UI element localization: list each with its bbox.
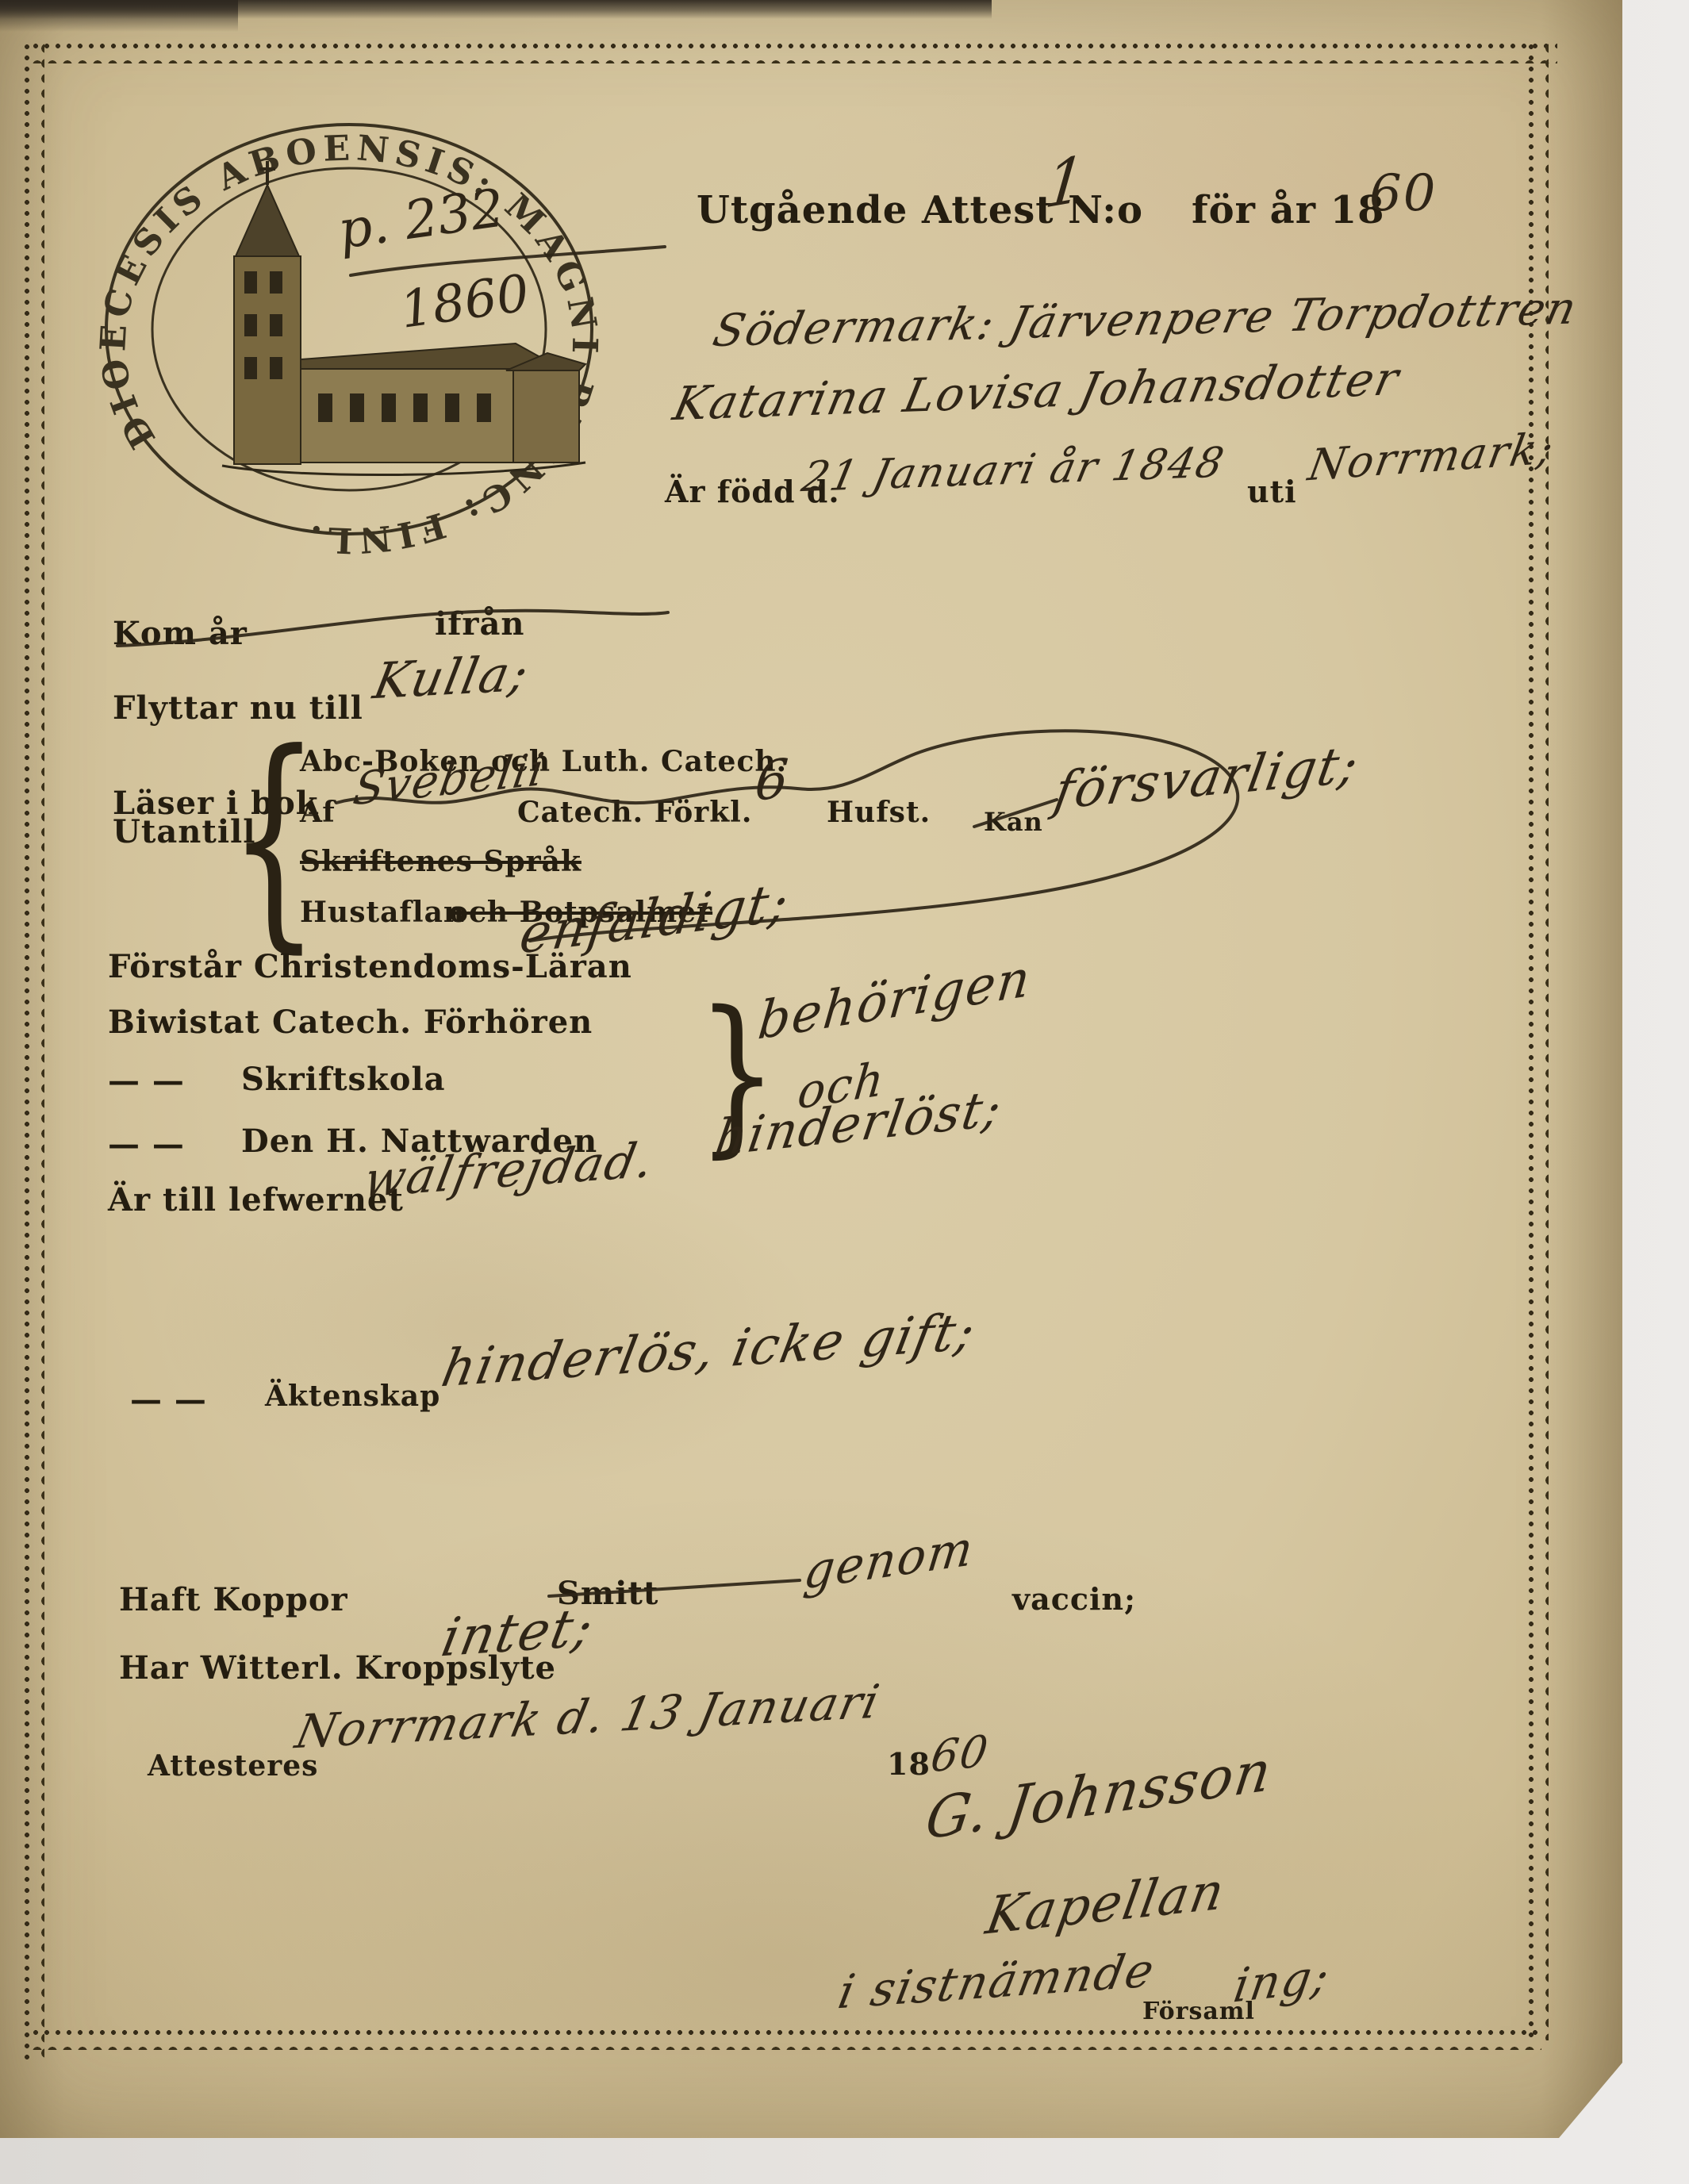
smitt-strike-line xyxy=(549,1580,800,1596)
laser-i-bok-flourish-loop xyxy=(336,731,1238,941)
photo-of-document: { "seal": { "ring_text": "DIOECESIS ABOE… xyxy=(0,0,1689,2184)
document-paper: DIOECESIS ABOENSIS: MAGNI PRINC: FINL. xyxy=(0,0,1622,2138)
ink-strokes-overlay xyxy=(0,0,1622,2138)
kan-strike-line xyxy=(974,800,1057,827)
kom-ar-strike-line xyxy=(117,611,668,646)
